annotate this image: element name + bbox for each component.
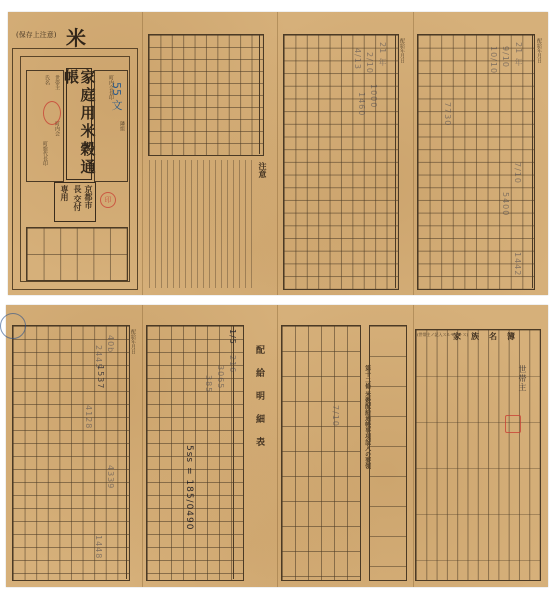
rules-panel: 第十二條 米穀配給通帳事項記入の要領 7/10 <box>277 305 414 587</box>
family-red-seal <box>505 415 521 433</box>
pencil-entry: 5400 <box>501 192 510 216</box>
pencil-entry: 7/10 <box>331 405 340 427</box>
pencil-entry: 2/10 <box>365 52 374 74</box>
household-info-box: 世帯主 氏名 町内会 町総代長印 <box>26 70 64 182</box>
date-header: 配給年月日 <box>536 38 542 63</box>
pencil-entry: 21 年 <box>513 42 524 67</box>
header-column <box>259 34 269 154</box>
distribution-heading: 配給明細表 <box>253 345 263 460</box>
edge-label: (保存上注意) <box>16 30 56 40</box>
notes-body <box>148 160 252 288</box>
family-subnote: (世帯主ノ記入スルモノトス) <box>417 332 468 338</box>
monthly-grid <box>26 227 128 281</box>
top-sheet: (保存上注意) 米 世帯主 氏名 町内会 町総代長印 家庭用米穀通帳 隣組 町内… <box>8 12 548 295</box>
rice-emblem: 米 <box>66 22 86 51</box>
stamp-exclusive: 専用 <box>60 185 69 201</box>
ledger-grid-notes <box>148 34 264 156</box>
bottom-sheet: 配給年月日 40b 2445 1537 4128 4339 1448 配給明細表… <box>6 305 548 587</box>
rules-grid <box>281 325 361 581</box>
stamp-city: 京都市 <box>84 185 93 209</box>
ledger-panel-3: 配給年月日 40b 2445 1537 4128 4339 1448 <box>6 305 143 587</box>
cover-panel: (保存上注意) 米 世帯主 氏名 町内会 町総代長印 家庭用米穀通帳 隣組 町内… <box>8 12 143 295</box>
pencil-entry: 385 <box>204 375 213 393</box>
pencil-entry: 10/10 <box>489 46 498 74</box>
red-seal <box>43 101 61 125</box>
pencil-entry: 1442 <box>513 252 522 276</box>
label-chief-seal: 町総代長印 <box>42 141 48 166</box>
ledger-panel-1: 配給年月日 21 年 2/10 4/13 1000 1460 <box>277 12 414 295</box>
handwritten-number: 55 文 <box>108 82 124 111</box>
pencil-entry: 7730 <box>443 102 452 126</box>
label-head: 世帯主 <box>54 75 60 90</box>
blue-postmark <box>0 313 26 339</box>
pencil-entry: 40b <box>106 335 115 353</box>
family-panel: 家族名簿 (世帯主ノ記入スルモノトス) 世帯主 <box>413 305 548 587</box>
issuer-stamp: 京都市 長 交付 専用 <box>54 182 96 222</box>
family-entry: 世帯主 <box>517 365 528 392</box>
pen-entry: 1/5 <box>228 329 237 345</box>
pencil-entry: 216 <box>228 355 237 373</box>
pencil-entry: 1000 <box>369 84 378 108</box>
distribution-panel: 配給明細表 1/5 216 3065 385 5ss = 185/0490 <box>142 305 278 587</box>
rules-table <box>369 325 407 581</box>
notes-panel: 注意 <box>142 12 278 295</box>
pencil-entry: 3065 <box>216 365 225 389</box>
title-box: 家庭用米穀通帳 <box>66 68 92 180</box>
pen-entry: 1537 <box>96 365 105 389</box>
pencil-entry: 4339 <box>106 465 115 489</box>
ledger-grid-1 <box>283 34 399 290</box>
pencil-entry: 1448 <box>94 535 103 559</box>
ledger-panel-2: 配給年月日 21 年 9/10 10/10 7730 7/10 5400 144… <box>413 12 548 295</box>
pencil-entry: 21 年 <box>377 42 388 67</box>
pencil-entry: 1460 <box>357 92 366 116</box>
pencil-entry: 7/10 <box>513 162 522 184</box>
pencil-entry: 4128 <box>84 405 93 429</box>
ledger-grid-3 <box>12 325 130 581</box>
date-header: 配給年月日 <box>399 38 405 63</box>
header-column <box>395 34 405 288</box>
official-red-seal: 印 <box>100 192 116 208</box>
stamp-mayor: 長 <box>73 185 82 193</box>
ink-annotation: 5ss = 185/0490 <box>184 445 194 530</box>
date-header: 配給年月日 <box>130 329 136 354</box>
header-column <box>532 34 542 288</box>
notes-heading: 注意 <box>258 162 267 178</box>
stamp-issue: 交付 <box>73 195 82 211</box>
header-column <box>126 325 136 579</box>
label-name: 氏名 <box>44 75 50 85</box>
label-tonarigumi: 隣組 <box>119 121 125 131</box>
document-title: 家庭用米穀通帳 <box>63 69 96 179</box>
pencil-entry: 9/10 <box>501 46 510 68</box>
pencil-entry: 4/13 <box>353 48 362 70</box>
